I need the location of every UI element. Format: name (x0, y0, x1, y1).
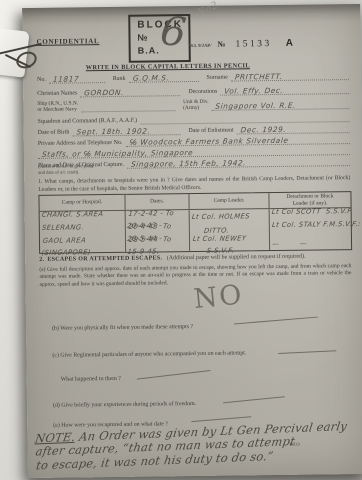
pencil-answer-line (191, 416, 251, 422)
rank-field: G.Q.M.S. (128, 73, 198, 83)
ref-number: 15133 (235, 39, 271, 49)
unit-label: Unit & Div. (Army) (183, 99, 212, 112)
section-2-paren: (Additional paper will be supplied on re… (167, 254, 306, 262)
question-2c2-text: What happened to them ? (61, 376, 121, 383)
table-row: Lt Col. HOLMES (190, 209, 270, 223)
block-leader-cell: — — (271, 239, 307, 251)
date-of-birth-value: Sept. 18th. 1902. (76, 127, 151, 137)
section-2-title: ESCAPES OR ATTEMPTED ESCAPES. (47, 255, 162, 262)
table-row: Lt Col. STALY F.M.S.V.F.: (270, 221, 351, 235)
rank-value: G.Q.M.S. (132, 73, 169, 82)
camps-table: Camp or Hospital. Dates. Camp Leader. De… (38, 191, 352, 254)
address-label: Private Address and Telephone No. (38, 140, 126, 148)
date-of-enlistment-field: Dec. 1929. (237, 124, 350, 134)
christian-names-value: GORDON. (84, 88, 125, 97)
address-field-line1: ℅ Woodcock Farmers Bank Silverdale (125, 135, 349, 147)
handwritten-block-number: 6 (158, 11, 188, 54)
date-of-enlistment-value: Dec. 1929. (240, 125, 286, 135)
christian-names-label: Christian Names (37, 90, 80, 97)
pto-mark: P.T.O. (289, 442, 300, 447)
squadron-field (140, 113, 350, 125)
question-2d-text: (d) Give briefly your experiences during… (53, 401, 196, 409)
christian-names-field: GORDON. (80, 87, 180, 97)
no-label: No. (37, 77, 49, 84)
question-2b-text: (b) Were you physically fit when you mad… (52, 324, 193, 332)
table-row: 28-5-44 To 15-9-45. (126, 236, 190, 252)
date-of-birth-field: Sept. 18th. 1902. (72, 126, 180, 136)
no-field: 11817 (49, 74, 105, 84)
decorations-field: Vol. Effy. Dec. (220, 85, 349, 96)
pencil-answer-line (234, 317, 318, 325)
table-row: Lt Col. NEWEY S.S.V.F. (190, 235, 270, 251)
surname-label: Surname (206, 75, 230, 82)
address-value-line2: Staffs, or ℅ Municipality, Singapore (42, 148, 194, 159)
capture-sublabel: (Aircrew R.A.F. to give place and date o… (38, 163, 158, 177)
address-value-line1: ℅ Woodcock Farmers Bank Silverdale (129, 136, 289, 147)
classification-label: CONFIDENTIAL (37, 37, 100, 46)
decorations-label: Decorations (188, 89, 220, 96)
table-row: — — (270, 234, 351, 250)
unit-value: Singapore Vol. R.E. (215, 101, 297, 111)
block-capitals-instruction: WRITE IN BLOCK CAPITAL LETTERS IN PENCIL (75, 62, 261, 71)
capture-field: Singapore, 15th Feb, 1942. (127, 157, 350, 169)
document-paper: No2 CONFIDENTIAL BLOCK № B.A. 6 M.I. 9/J… (22, 4, 362, 478)
no-value: 11817 (52, 74, 79, 83)
stamp-ba: B.A. (138, 45, 160, 55)
row-christian-decorations: Christian Names GORDON. Decorations Vol.… (37, 85, 349, 98)
ship-field (81, 103, 175, 113)
surname-value: PRITCHETT. (234, 72, 282, 82)
rank-label: Rank (113, 76, 129, 83)
row-no-rank-surname: No. 11817 Rank G.Q.M.S. Surname PRITCHET… (37, 71, 349, 84)
ref-series: A (286, 38, 293, 49)
stamp-no-symbol: № (137, 33, 147, 43)
ref-no-symbol: № (217, 40, 225, 49)
pencil-answer-line (137, 370, 211, 380)
camp-cell: SELERANG. (41, 222, 84, 234)
block-leader-cell: Lt Col SCOTT S.S.V.F. (271, 206, 354, 219)
pencil-answer-line (278, 350, 336, 354)
surname-field: PRITCHETT. (231, 71, 349, 81)
pencil-answer-line (223, 396, 285, 403)
block-leader-cell: Lt Col. STALY F.M.S.V.F.: (271, 219, 361, 232)
camp-cell: CHANGI. S.AREA (41, 209, 104, 222)
unit-field: Singapore Vol. R.E. (212, 100, 350, 111)
question-2c-text: (c) Give Regimental particulars of anyon… (52, 350, 246, 358)
handwritten-answer-no: NO (192, 279, 245, 315)
col-header-camp-leader: Camp Leader. (189, 193, 269, 210)
squadron-label: Squadron and Command (R.A.F., A.A.F.) (37, 118, 140, 126)
date-of-enlistment-label: Date of Enlistment (188, 128, 236, 135)
pencil-scribble: No2 (196, 0, 220, 19)
mi9-prefix: M.I. 9/JAP/ (189, 43, 212, 48)
decorations-value: Vol. Effy. Dec. (224, 86, 284, 96)
section-2-number: 2. (39, 257, 44, 263)
photograph-of-pow-liberation-questionnaire: No2 CONFIDENTIAL BLOCK № B.A. 6 M.I. 9/J… (0, 0, 362, 480)
row-ship-unit: Ship (R.N., U.S.N. or Merchant Navy Unit… (37, 97, 349, 113)
ship-label: Ship (R.N., U.S.N. or Merchant Navy (37, 100, 81, 113)
file-reference: M.I. 9/JAP/№15133A (188, 33, 293, 52)
date-of-birth-label: Date of Birth (38, 130, 73, 137)
table-row: GAOL AREA (SINGAPORE) (40, 237, 126, 253)
